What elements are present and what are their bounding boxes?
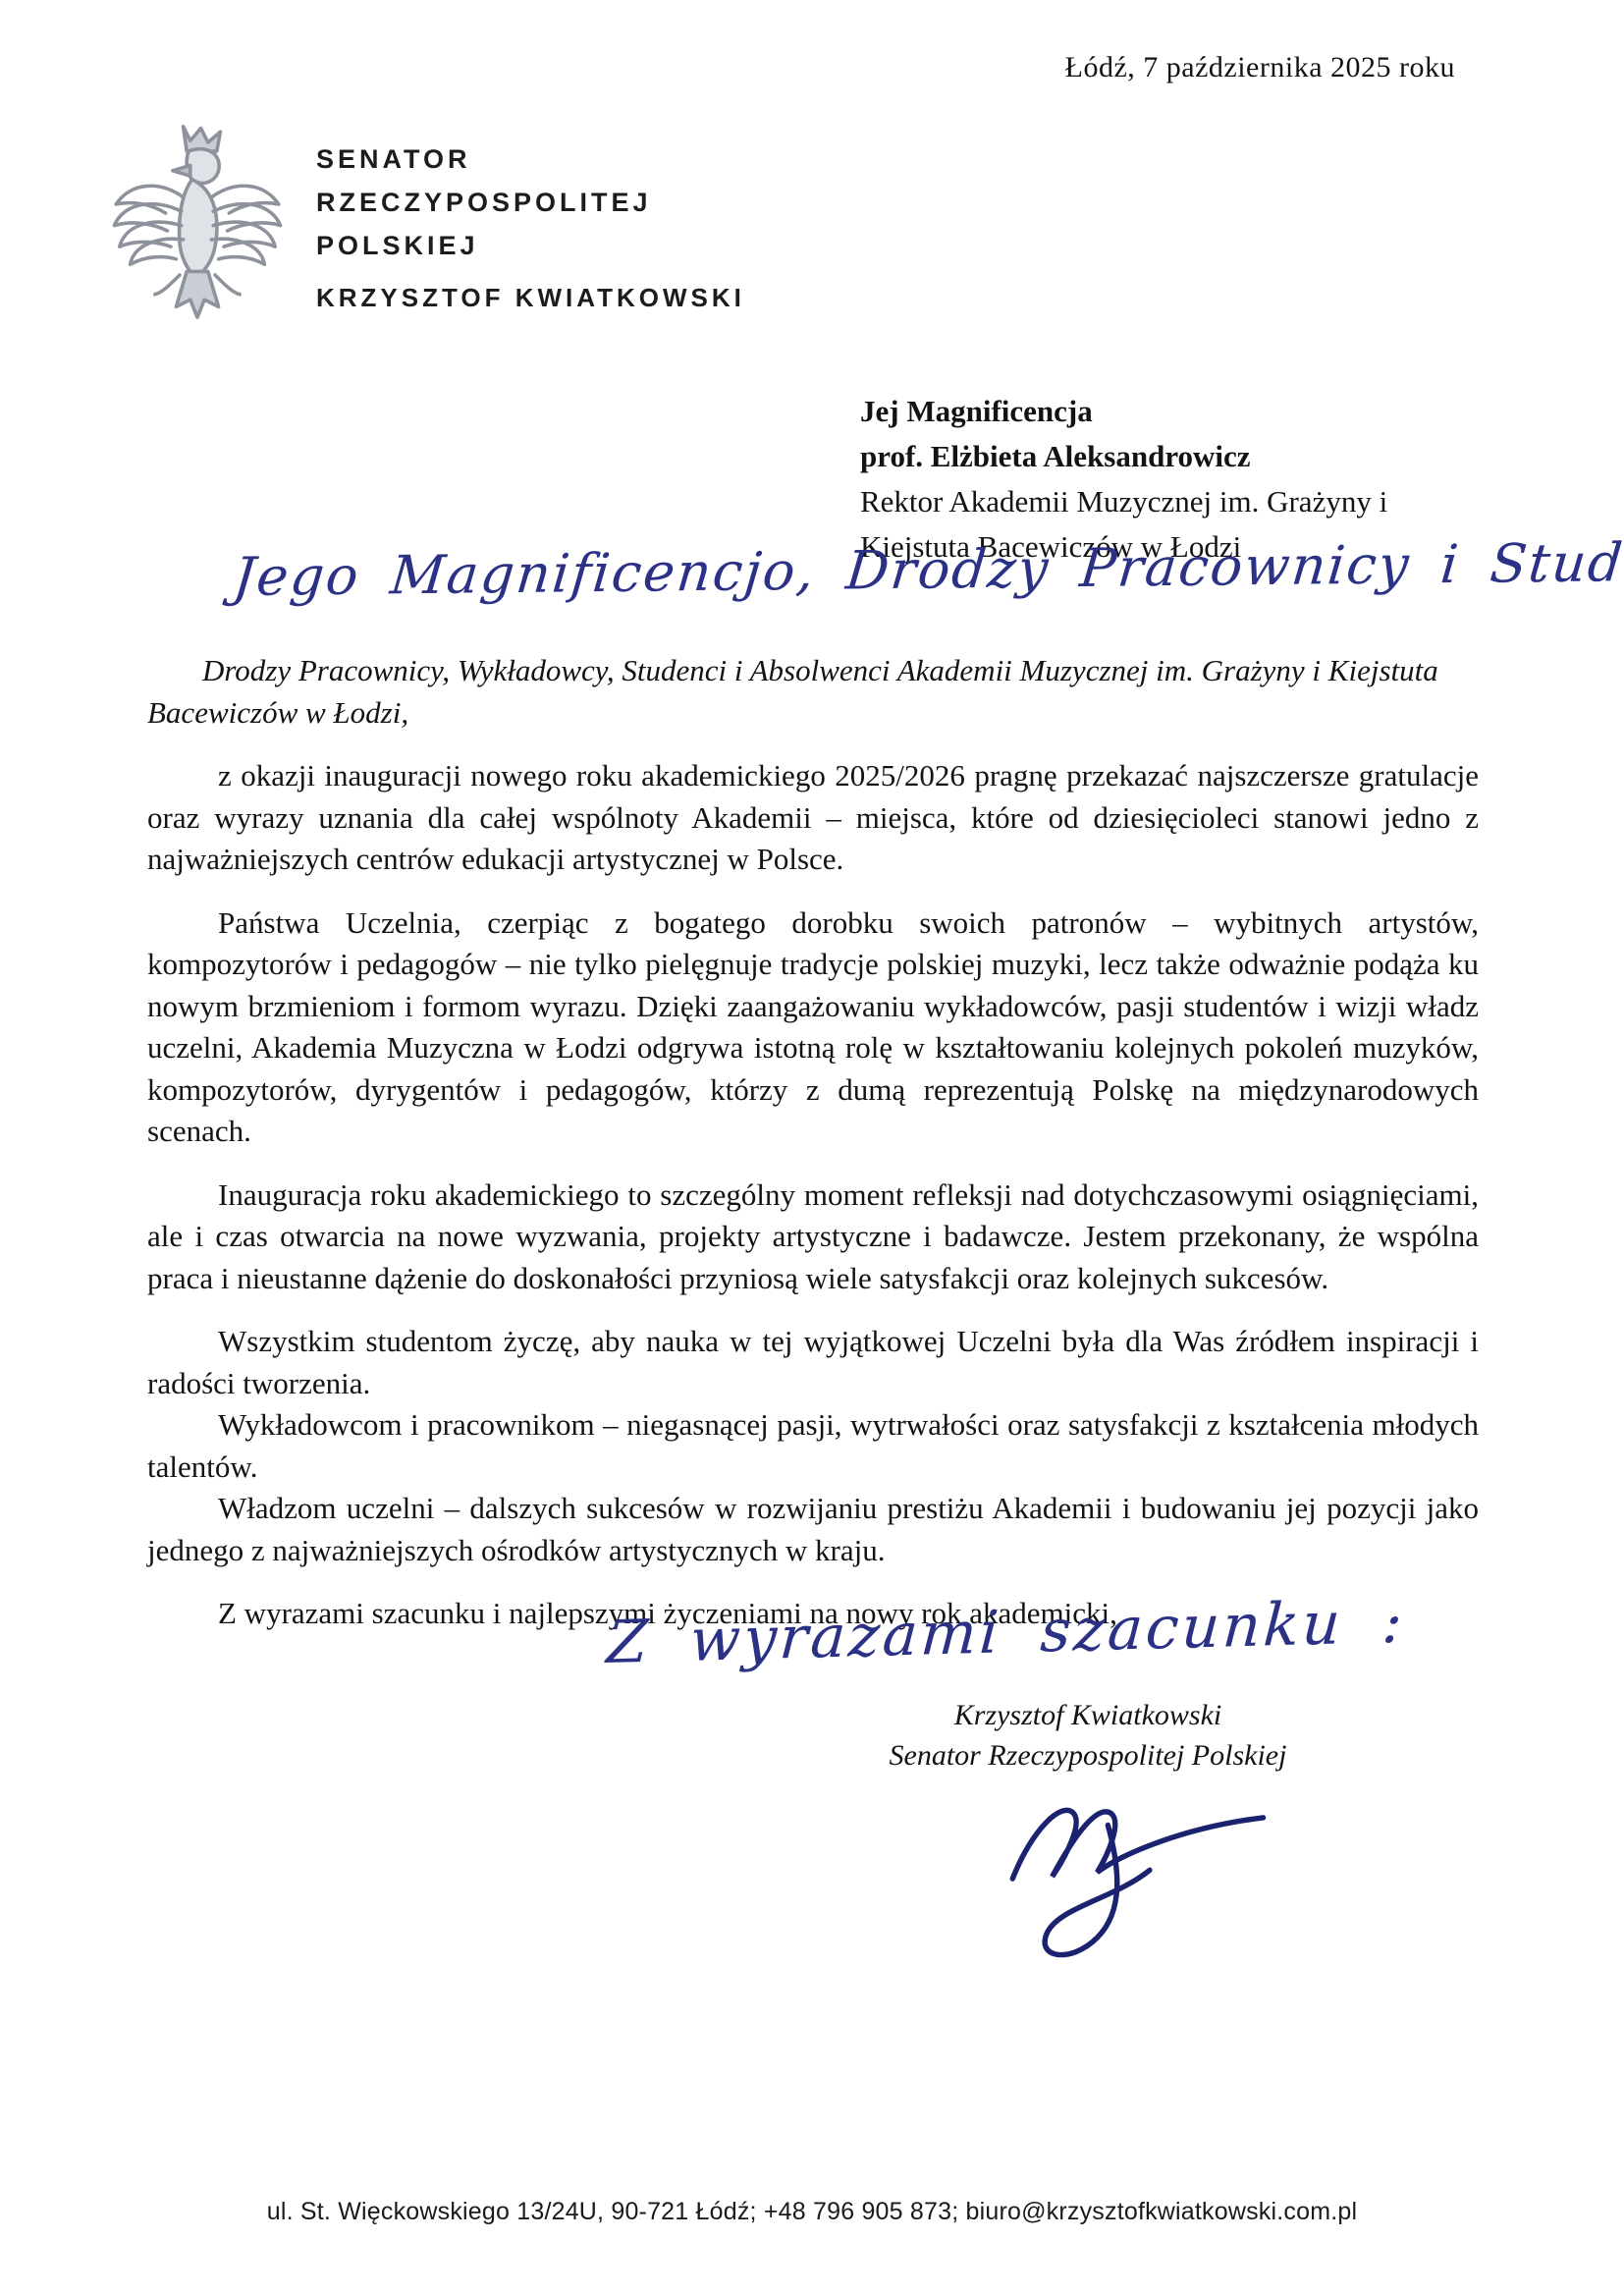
signatory-name: Krzysztof Kwiatkowski [842, 1695, 1333, 1735]
handwritten-greeting: Jego Magnificencjo, Drodzy Pracownicy i … [231, 530, 1624, 608]
addressee-role-line1: Rektor Akademii Muzycznej im. Grażyny i [860, 479, 1387, 524]
body-paragraph: Państwa Uczelnia, czerpiąc z bogatego do… [147, 902, 1479, 1153]
body-paragraph: Wszystkim studentom życzę, aby nauka w t… [147, 1321, 1479, 1404]
addressee-name: prof. Elżbieta Aleksandrowicz [860, 434, 1387, 479]
letterhead-title-line3: POLSKIEJ [316, 224, 652, 267]
body-paragraph: Wykładowcom i pracownikom – niegasnącej … [147, 1404, 1479, 1488]
letterhead-sender-name: KRZYSZTOF KWIATKOWSKI [316, 283, 745, 313]
letterhead-title-line1: SENATOR [316, 137, 652, 181]
addressee-honorific: Jej Magnificencja [860, 389, 1387, 434]
body-paragraph: Władzom uczelni – dalszych sukcesów w ro… [147, 1488, 1479, 1571]
signatory-block: Krzysztof Kwiatkowski Senator Rzeczyposp… [842, 1695, 1333, 1776]
date-line: Łódź, 7 października 2025 roku [1065, 51, 1455, 84]
signatory-title: Senator Rzeczypospolitej Polskiej [842, 1735, 1333, 1776]
body-paragraph: z okazji inauguracji nowego roku akademi… [147, 755, 1479, 881]
letter-page: Łódź, 7 października 2025 roku [0, 0, 1624, 2296]
letter-body: Drodzy Pracownicy, Wykładowcy, Studenci … [147, 650, 1479, 1635]
salutation-line: Drodzy Pracownicy, Wykładowcy, Studenci … [147, 650, 1479, 734]
body-paragraph: Inauguracja roku akademickiego to szczeg… [147, 1175, 1479, 1300]
polish-eagle-emblem [108, 116, 287, 328]
signature-scribble [987, 1795, 1291, 1972]
letterhead-title: SENATOR RZECZYPOSPOLITEJ POLSKIEJ [316, 137, 652, 267]
footer-contact: ul. St. Więckowskiego 13/24U, 90-721 Łód… [0, 2198, 1624, 2226]
letterhead-title-line2: RZECZYPOSPOLITEJ [316, 181, 652, 224]
